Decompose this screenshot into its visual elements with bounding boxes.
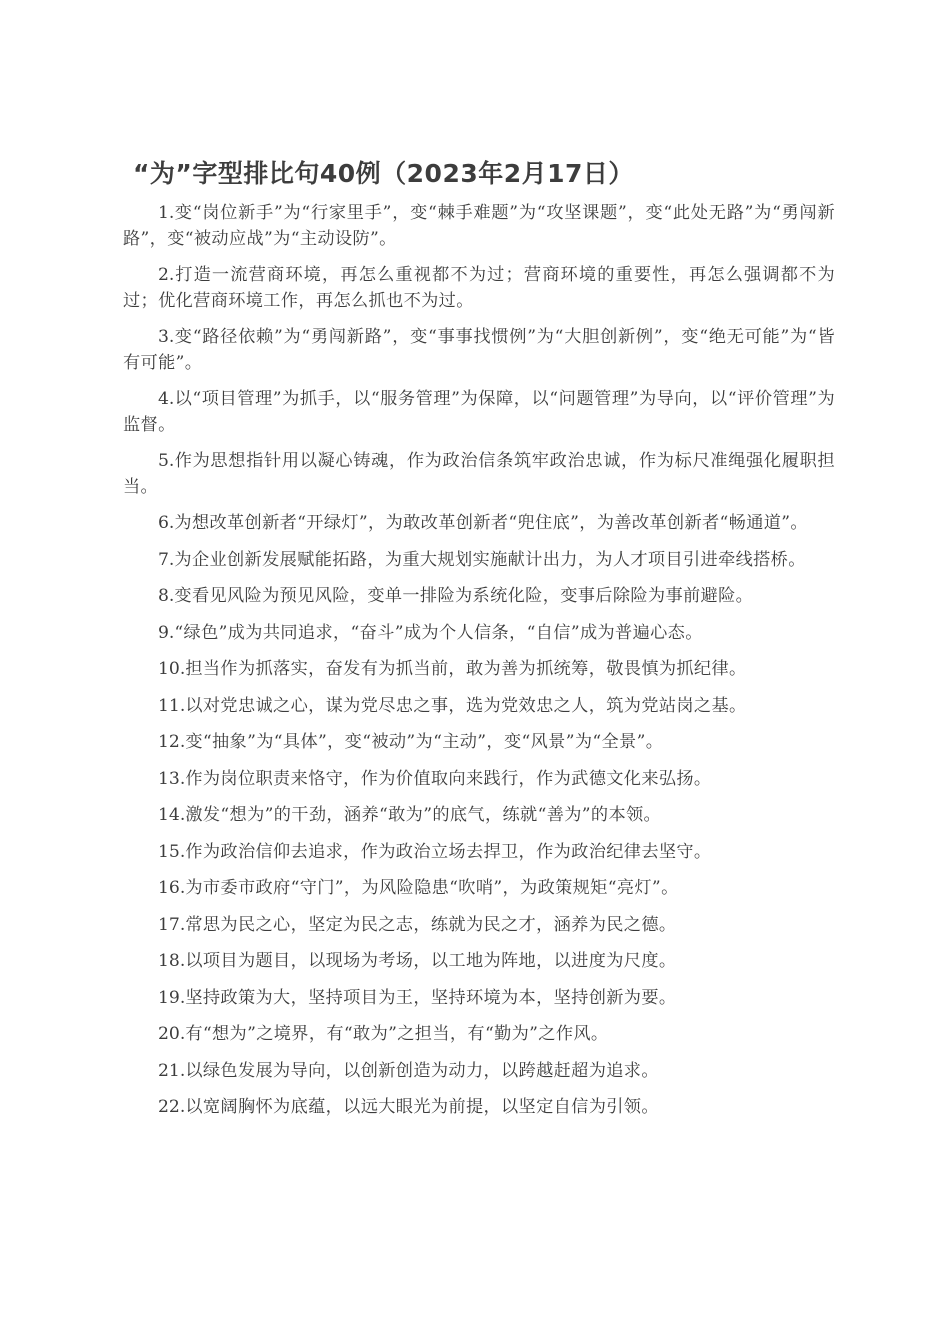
list-item: 22.以宽阔胸怀为底蕴，以远大眼光为前提，以坚定自信为引领。 xyxy=(123,1095,835,1121)
item-text: 有“想为”之境界，有“敢为”之担当，有“勤为”之作风。 xyxy=(185,1024,608,1044)
item-text: 坚持政策为大，坚持项目为王，坚持环境为本，坚持创新为要。 xyxy=(185,988,676,1008)
list-item: 5.作为思想指针用以凝心铸魂，作为政治信条筑牢政治忠诚，作为标尺准绳强化履职担当… xyxy=(123,449,835,500)
item-text: 常思为民之心，坚定为民之志，练就为民之才，涵养为民之德。 xyxy=(185,915,676,935)
item-text: 作为岗位职责来恪守，作为价值取向来践行，作为武德文化来弘扬。 xyxy=(185,769,711,789)
item-text: 以宽阔胸怀为底蕴，以远大眼光为前提，以坚定自信为引领。 xyxy=(185,1097,659,1117)
list-item: 2.打造一流营商环境，再怎么重视都不为过；营商环境的重要性，再怎么强调都不为过；… xyxy=(123,263,835,314)
item-number: 18. xyxy=(158,951,185,971)
list-item: 13.作为岗位职责来恪守，作为价值取向来践行，作为武德文化来弘扬。 xyxy=(123,767,835,793)
item-text: 以项目为题目，以现场为考场，以工地为阵地，以进度为尺度。 xyxy=(185,951,676,971)
list-item: 1.变“岗位新手”为“行家里手”，变“棘手难题”为“攻坚课题”，变“此处无路”为… xyxy=(123,201,835,252)
document-page: “为”字型排比句40例（2023年2月17日） 1.变“岗位新手”为“行家里手”… xyxy=(123,155,835,1132)
item-text: 担当作为抓落实，奋发有为抓当前，敢为善为抓统筹，敬畏慎为抓纪律。 xyxy=(185,659,746,679)
item-number: 1. xyxy=(158,203,174,223)
item-number: 15. xyxy=(158,842,185,862)
item-text: 变看见风险为预见风险，变单一排险为系统化险，变事后除险为事前避险。 xyxy=(174,586,753,606)
list-item: 16.为市委市政府“守门”，为风险隐患“吹哨”，为政策规矩“亮灯”。 xyxy=(123,876,835,902)
item-text: 变“抽象”为“具体”，变“被动”为“主动”，变“风景”为“全景”。 xyxy=(185,732,663,752)
item-text: 为企业创新发展赋能拓路，为重大规划实施献计出力，为人才项目引进牵线搭桥。 xyxy=(174,550,805,570)
item-number: 12. xyxy=(158,732,185,752)
item-text: 以对党忠诚之心，谋为党尽忠之事，选为党效忠之人，筑为党站岗之基。 xyxy=(185,696,746,716)
list-item: 8.变看见风险为预见风险，变单一排险为系统化险，变事后除险为事前避险。 xyxy=(123,584,835,610)
item-number: 7. xyxy=(158,550,174,570)
list-item: 11.以对党忠诚之心，谋为党尽忠之事，选为党效忠之人，筑为党站岗之基。 xyxy=(123,694,835,720)
list-item: 21.以绿色发展为导向，以创新创造为动力，以跨越赶超为追求。 xyxy=(123,1059,835,1085)
item-number: 21. xyxy=(158,1061,185,1081)
item-number: 4. xyxy=(158,389,174,409)
item-text: “绿色”成为共同追求，“奋斗”成为个人信条，“自信”成为普遍心态。 xyxy=(174,623,702,643)
item-number: 6. xyxy=(158,513,174,533)
item-number: 11. xyxy=(158,696,185,716)
item-number: 2. xyxy=(158,265,174,285)
item-text: 作为政治信仰去追求，作为政治立场去捍卫，作为政治纪律去坚守。 xyxy=(185,842,711,862)
list-item: 12.变“抽象”为“具体”，变“被动”为“主动”，变“风景”为“全景”。 xyxy=(123,730,835,756)
list-item: 17.常思为民之心，坚定为民之志，练就为民之才，涵养为民之德。 xyxy=(123,913,835,939)
list-item: 19.坚持政策为大，坚持项目为王，坚持环境为本，坚持创新为要。 xyxy=(123,986,835,1012)
item-number: 9. xyxy=(158,623,174,643)
item-number: 19. xyxy=(158,988,185,1008)
list-item: 9.“绿色”成为共同追求，“奋斗”成为个人信条，“自信”成为普遍心态。 xyxy=(123,621,835,647)
item-number: 22. xyxy=(158,1097,185,1117)
item-text: 打造一流营商环境，再怎么重视都不为过；营商环境的重要性，再怎么强调都不为过；优化… xyxy=(123,265,835,311)
list-item: 3.变“路径依赖”为“勇闯新路”，变“事事找惯例”为“大胆创新例”，变“绝无可能… xyxy=(123,325,835,376)
item-list: 1.变“岗位新手”为“行家里手”，变“棘手难题”为“攻坚课题”，变“此处无路”为… xyxy=(123,201,835,1121)
item-text: 以绿色发展为导向，以创新创造为动力，以跨越赶超为追求。 xyxy=(185,1061,659,1081)
list-item: 6.为想改革创新者“开绿灯”，为敢改革创新者“兜住底”，为善改革创新者“畅通道”… xyxy=(123,511,835,537)
item-number: 14. xyxy=(158,805,185,825)
item-text: 作为思想指针用以凝心铸魂，作为政治信条筑牢政治忠诚，作为标尺准绳强化履职担当。 xyxy=(123,451,835,497)
item-number: 20. xyxy=(158,1024,185,1044)
list-item: 4.以“项目管理”为抓手，以“服务管理”为保障，以“问题管理”为导向，以“评价管… xyxy=(123,387,835,438)
item-text: 为想改革创新者“开绿灯”，为敢改革创新者“兜住底”，为善改革创新者“畅通道”。 xyxy=(174,513,808,533)
item-text: 以“项目管理”为抓手，以“服务管理”为保障，以“问题管理”为导向，以“评价管理”… xyxy=(123,389,835,435)
item-number: 10. xyxy=(158,659,185,679)
list-item: 14.激发“想为”的干劲，涵养“敢为”的底气，练就“善为”的本领。 xyxy=(123,803,835,829)
item-number: 16. xyxy=(158,878,185,898)
item-text: 变“路径依赖”为“勇闯新路”，变“事事找惯例”为“大胆创新例”，变“绝无可能”为… xyxy=(123,327,835,373)
list-item: 10.担当作为抓落实，奋发有为抓当前，敢为善为抓统筹，敬畏慎为抓纪律。 xyxy=(123,657,835,683)
item-text: 为市委市政府“守门”，为风险隐患“吹哨”，为政策规矩“亮灯”。 xyxy=(185,878,678,898)
item-text: 变“岗位新手”为“行家里手”，变“棘手难题”为“攻坚课题”，变“此处无路”为“勇… xyxy=(123,203,835,249)
item-number: 3. xyxy=(158,327,174,347)
item-number: 8. xyxy=(158,586,174,606)
document-title: “为”字型排比句40例（2023年2月17日） xyxy=(133,155,835,193)
list-item: 20.有“想为”之境界，有“敢为”之担当，有“勤为”之作风。 xyxy=(123,1022,835,1048)
list-item: 7.为企业创新发展赋能拓路，为重大规划实施献计出力，为人才项目引进牵线搭桥。 xyxy=(123,548,835,574)
item-text: 激发“想为”的干劲，涵养“敢为”的底气，练就“善为”的本领。 xyxy=(185,805,661,825)
item-number: 13. xyxy=(158,769,185,789)
list-item: 18.以项目为题目，以现场为考场，以工地为阵地，以进度为尺度。 xyxy=(123,949,835,975)
item-number: 17. xyxy=(158,915,185,935)
item-number: 5. xyxy=(158,451,174,471)
list-item: 15.作为政治信仰去追求，作为政治立场去捍卫，作为政治纪律去坚守。 xyxy=(123,840,835,866)
